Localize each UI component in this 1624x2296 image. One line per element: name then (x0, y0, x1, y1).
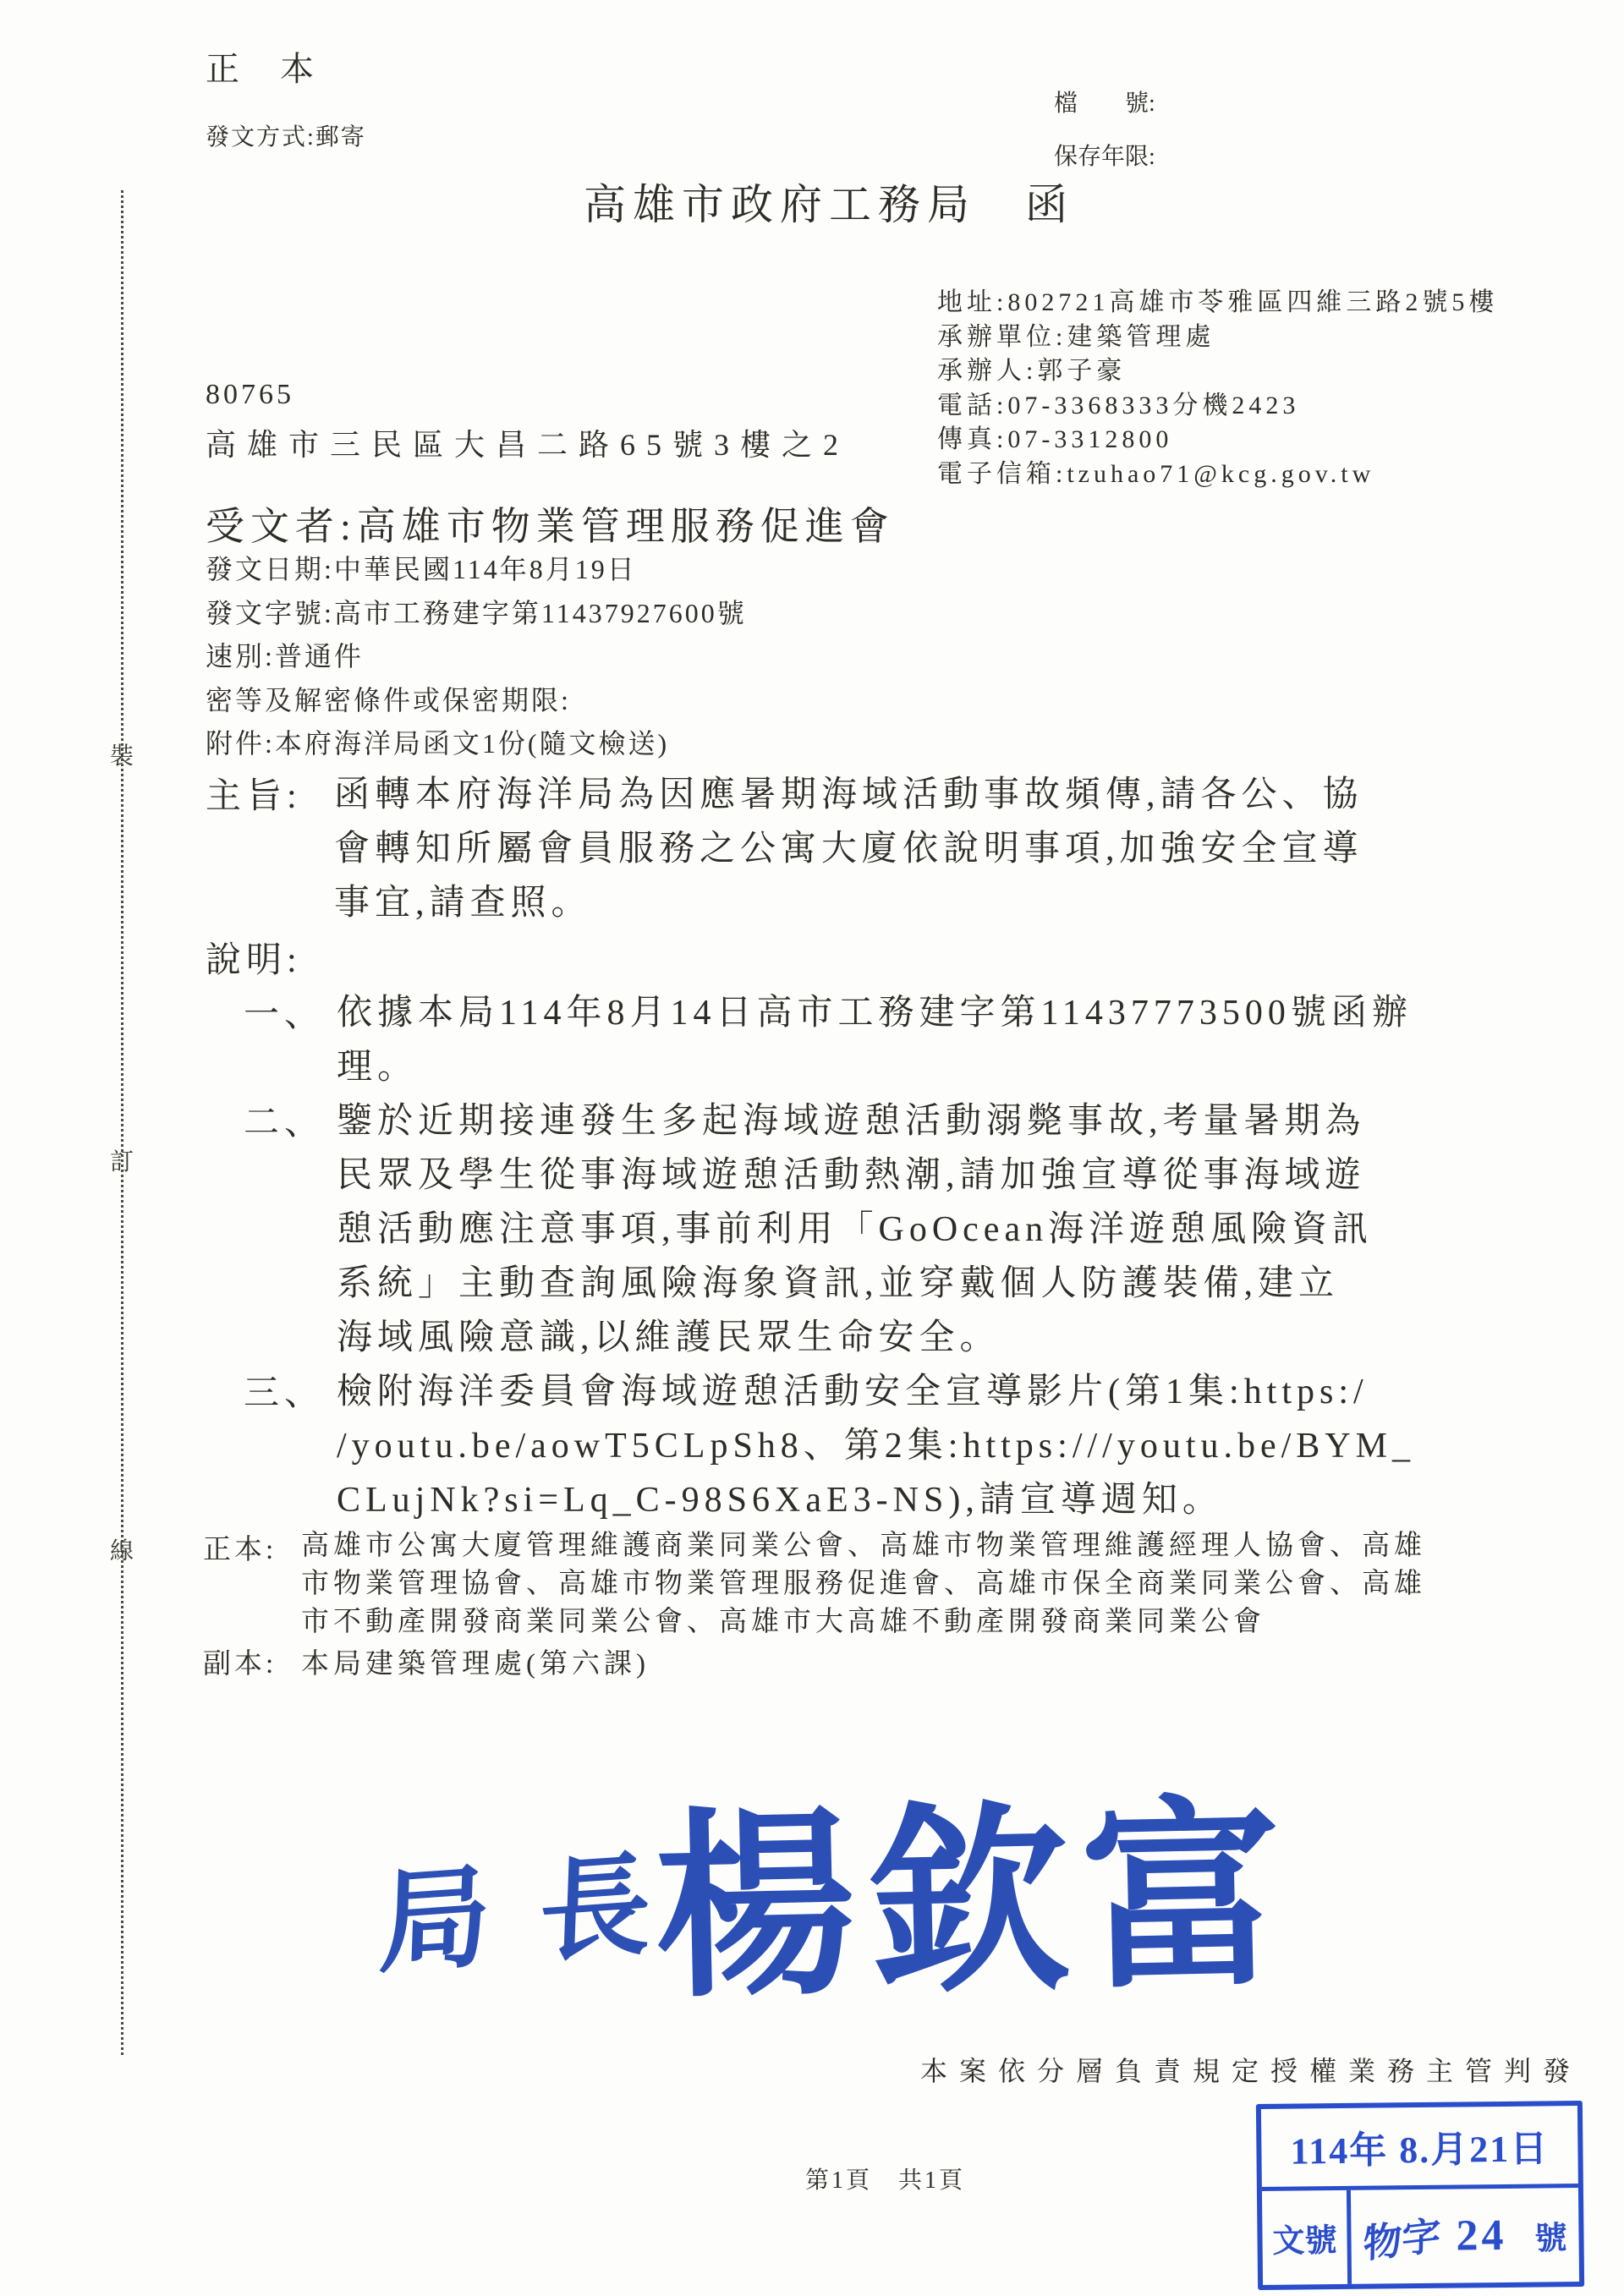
recipient-zip: 80765 (206, 379, 294, 411)
explanation-line: 民眾及學生從事海域遊憩活動熱潮,請加強宣導從事海域遊 (337, 1148, 1373, 1203)
copy-type-label: 正 本 (206, 42, 317, 90)
explanation-label: 說明: (206, 932, 302, 983)
stamp-doc-number-label: 文號 (1262, 2190, 1352, 2285)
agency-fax: 傳真:07-3312800 (937, 423, 1498, 458)
scanned-official-letter: 裝 訂 線 正 本 發文方式:郵寄 檔 號: 保存年限: 高雄市政府工務局 函 … (0, 0, 1624, 2296)
subject-line: 會轉知所屬會員服務之公寓大廈依說明事項,加強安全宣導 (334, 822, 1363, 876)
copy-recipients-text: 本局建築管理處(第六課) (301, 1641, 650, 1681)
explanation-line: /youtu.be/aowT5CLpSh8、第2集:https:///youtu… (337, 1419, 1415, 1473)
doc-number: 發文字號:高市工務建字第11437927600號 (206, 592, 747, 636)
doc-meta-block: 發文日期:中華民國114年8月19日 發文字號:高市工務建字第114379276… (206, 548, 747, 766)
explanation-item2-number: 二、 (244, 1094, 325, 1145)
stamp-doc-prefix: 物字 (1363, 2204, 1441, 2269)
explanation-item3-text: 檢附海洋委員會海域遊憩活動安全宣導影片(第1集:https:/ /youtu.b… (337, 1365, 1415, 1527)
issue-date: 發文日期:中華民國114年8月19日 (206, 548, 747, 592)
primary-recipients-label: 正本: (203, 1527, 277, 1567)
document-title: 高雄市政府工務局 函 (0, 171, 1624, 232)
stamp-date: 114年 8.月21日 (1261, 2106, 1578, 2191)
binding-mark-xian: 線 (110, 1532, 134, 1566)
file-number-label: 檔 號: (1054, 85, 1155, 118)
signature-name: 楊欽富 (651, 1734, 1297, 2036)
stamp-bottom-row: 文號 物字 24 號 (1262, 2188, 1579, 2285)
speed-class: 速別:普通件 (206, 635, 747, 679)
binding-mark-ding: 訂 (110, 1143, 134, 1177)
explanation-item1-text: 依據本局114年8月14日高市工務建字第11437773500號函辦 理。 (337, 986, 1413, 1094)
primary-recipients-line: 市不動產開發商業同業公會、高雄市大高雄不動產開發商業同業公會 (301, 1603, 1426, 1641)
subject-label: 主旨: (206, 768, 302, 819)
delivery-method: 發文方式:郵寄 (206, 118, 366, 152)
copy-recipients-label: 副本: (203, 1641, 277, 1681)
delegation-note: 本案依分層負責規定授權業務主管判發 (920, 2050, 1582, 2089)
agency-email: 電子信箱:tzuhao71@kcg.gov.tw (937, 458, 1498, 492)
agency-unit: 承辦單位:建築管理處 (937, 321, 1498, 355)
security-class: 密等及解密條件或保密期限: (206, 679, 747, 723)
explanation-item2-text: 鑒於近期接連發生多起海域遊憩活動溺斃事故,考量暑期為 民眾及學生從事海域遊憩活動… (337, 1094, 1373, 1365)
page-number: 第1頁 共1頁 (805, 2162, 965, 2195)
stamp-doc-suffix: 號 (1534, 2211, 1567, 2258)
explanation-line: 鑒於近期接連發生多起海域遊憩活動溺斃事故,考量暑期為 (337, 1094, 1373, 1148)
stamp-doc-digits: 24 (1456, 2211, 1507, 2261)
agency-contact-person: 承辦人:郭子豪 (937, 354, 1498, 389)
stamp-doc-number-value: 物字 24 號 (1351, 2188, 1579, 2284)
scan-edge-shadow (0, 0, 25, 2296)
explanation-line: 憩活動應注意事項,事前利用「GoOcean海洋遊憩風險資訊 (337, 1203, 1373, 1257)
subject-line: 事宜,請查照。 (334, 876, 1363, 930)
agency-contact-block: 地址:802721高雄市苓雅區四維三路2號5樓 承辦單位:建築管理處 承辦人:郭… (937, 286, 1498, 491)
agency-phone: 電話:07-3368333分機2423 (937, 389, 1498, 424)
explanation-line: 海域風險意識,以維護民眾生命安全。 (337, 1311, 1373, 1365)
recipient-line: 受文者:高雄市物業管理服務促進會 (206, 496, 895, 551)
primary-recipients-text: 高雄市公寓大廈管理維護商業同業公會、高雄市物業管理維護經理人協會、高雄 市物業管… (301, 1527, 1426, 1641)
attachment-note: 附件:本府海洋局函文1份(隨文檢送) (206, 722, 747, 766)
subject-line: 函轉本府海洋局為因應暑期海域活動事故頻傳,請各公、協 (334, 768, 1363, 822)
recipient-address: 高雄市三民區大昌二路65號3樓之2 (206, 421, 849, 464)
agency-address: 地址:802721高雄市苓雅區四維三路2號5樓 (937, 286, 1498, 321)
explanation-item1-number: 一、 (244, 986, 325, 1037)
retention-period-label: 保存年限: (1054, 138, 1155, 172)
explanation-line: 理。 (337, 1040, 1413, 1094)
primary-recipients-line: 市物業管理協會、高雄市物業管理服務促進會、高雄市保全商業同業公會、高雄 (301, 1565, 1426, 1603)
primary-recipients-line: 高雄市公寓大廈管理維護商業同業公會、高雄市物業管理維護經理人協會、高雄 (301, 1527, 1426, 1565)
explanation-item3-number: 三、 (244, 1365, 325, 1416)
subject-text: 函轉本府海洋局為因應暑期海域活動事故頻傳,請各公、協 會轉知所屬會員服務之公寓大… (334, 768, 1363, 930)
binding-dotted-line (121, 190, 123, 2055)
explanation-line: 檢附海洋委員會海域遊憩活動安全宣導影片(第1集:https:/ (337, 1365, 1415, 1419)
explanation-line: 系統」主動查詢風險海象資訊,並穿戴個人防護裝備,建立 (337, 1257, 1373, 1311)
binding-mark-zhuang: 裝 (110, 737, 134, 771)
explanation-line: 依據本局114年8月14日高市工務建字第11437773500號函辦 (337, 986, 1413, 1040)
explanation-line: CLujNk?si=Lq_C-98S6XaE3-NS),請宣導週知。 (337, 1473, 1415, 1527)
received-date-stamp: 114年 8.月21日 文號 物字 24 號 (1256, 2101, 1584, 2290)
